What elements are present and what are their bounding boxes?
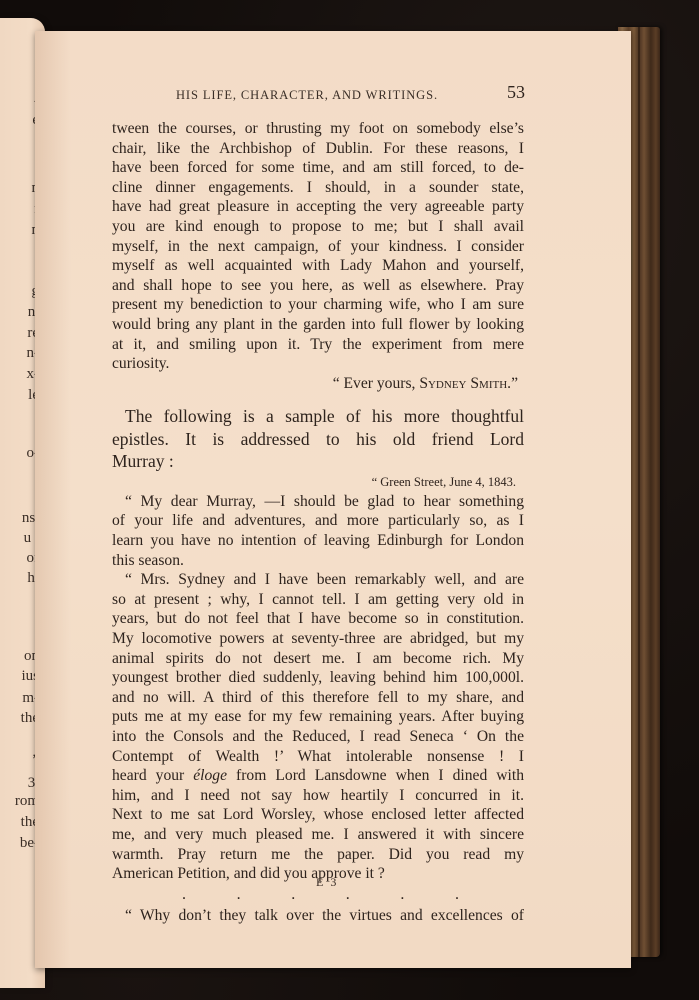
text-line: have been forced for some time, and am s… xyxy=(112,158,524,178)
signature-name: Sydney Smith xyxy=(419,375,507,392)
narrative-paragraph: The following is a sample of his more th… xyxy=(112,405,524,473)
text-line: would bring any plant in the garden into… xyxy=(112,315,524,335)
text-line: this season. xyxy=(112,551,524,571)
text-line: at it, and smiling upon it. Try the expe… xyxy=(112,335,524,355)
text-line: myself as well acquainted with Lady Maho… xyxy=(112,256,524,276)
text-line: present my benediction to your charming … xyxy=(112,295,524,315)
page-number: 53 xyxy=(507,82,525,103)
text-line: youngest brother died suddenly, leaving … xyxy=(112,668,524,688)
text-line: and shall hope to see you here, as well … xyxy=(112,276,524,296)
text-line: chair, like the Archbishop of Dublin. Fo… xyxy=(112,139,524,159)
text-line: curiosity. xyxy=(112,354,524,374)
text-line: The following is a sample of his more th… xyxy=(112,405,524,428)
text-line: epistles. It is addressed to his old fri… xyxy=(112,428,524,451)
text-line: puts me at my ease for my few remaining … xyxy=(112,707,524,727)
text-line: me, and very much pleased me. I answered… xyxy=(112,825,524,845)
printer-signature-mark: E 3 xyxy=(316,875,338,890)
text-line: Next to me sat Lord Worsley, whose enclo… xyxy=(112,805,524,825)
text-line: heard your éloge from Lord Lansdowne whe… xyxy=(112,766,524,786)
ellipsis-row: . . . . . . xyxy=(112,890,524,906)
italic-eloge: éloge xyxy=(193,767,227,784)
text-line: cline dinner engagements. I should, in a… xyxy=(112,178,524,198)
page-text: tween the courses, or thrusting my foot … xyxy=(112,119,524,925)
text-line: learn you have no intention of leaving E… xyxy=(112,531,524,551)
letter-murray: “ Green Street, June 4, 1843. “ My dear … xyxy=(112,473,524,925)
text-line: tween the courses, or thrusting my foot … xyxy=(112,119,524,139)
letter-continuation: tween the courses, or thrusting my foot … xyxy=(112,119,524,393)
text-line: into the Consols and the Reduced, I read… xyxy=(112,727,524,747)
text-line: animal spirits do not desert me. I am be… xyxy=(112,649,524,669)
text-line: have had great pleasure in accepting the… xyxy=(112,197,524,217)
text-line: myself, in the next campaign, of your ki… xyxy=(112,237,524,257)
text-line: you are kind enough to propose to me; bu… xyxy=(112,217,524,237)
dateline: “ Green Street, June 4, 1843. xyxy=(112,473,524,492)
text-line: Contempt of Wealth !’ What intolerable n… xyxy=(112,747,524,767)
text-line: “ Why don’t they talk over the virtues a… xyxy=(112,906,524,926)
text-line: of your life and adventures, and more pa… xyxy=(112,511,524,531)
text-line: years, but do not feel that I have becom… xyxy=(112,609,524,629)
text-line: “ My dear Murray, —I should be glad to h… xyxy=(112,492,524,512)
text-line: him, and I need not say how heartily I c… xyxy=(112,786,524,806)
running-head: HIS LIFE, CHARACTER, AND WRITINGS. xyxy=(176,88,556,103)
text-line: My locomotive powers at seventy-three ar… xyxy=(112,629,524,649)
text-line: “ Mrs. Sydney and I have been remarkably… xyxy=(112,570,524,590)
text-line: Murray : xyxy=(112,450,524,473)
text-line: warmth. Pray return me the paper. Did yo… xyxy=(112,845,524,865)
text-line: so at present ; why, I cannot tell. I am… xyxy=(112,590,524,610)
letter-closing: “ Ever yours, Sydney Smith.” xyxy=(112,374,524,394)
paragraph-gap xyxy=(112,393,524,405)
text-line: and no will. A third of this therefore f… xyxy=(112,688,524,708)
